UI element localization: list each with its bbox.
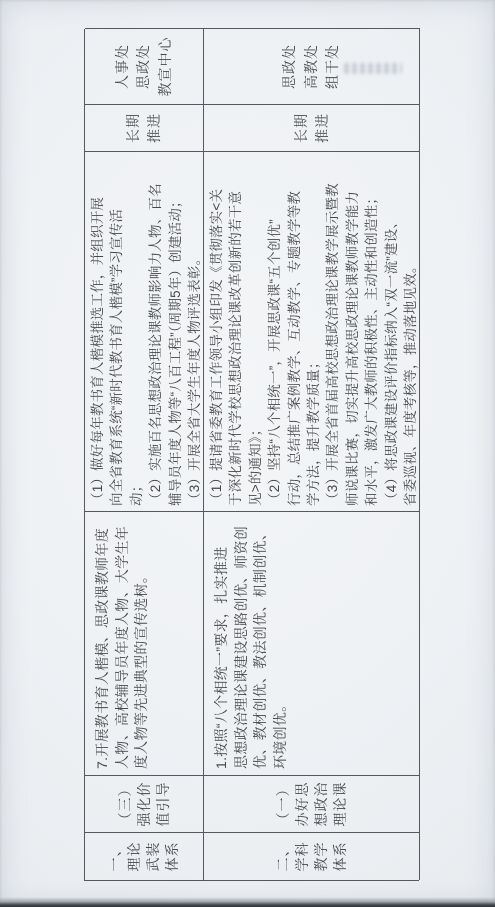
scan-edge-strip — [0, 897, 495, 907]
cell-row2-task: 1.按照“八个相统一”要求，扎实推进 思想政治理论课建设思路创优、师资创 优、教… — [204, 511, 420, 775]
cell-row2-schedule: 长期 推进 — [204, 104, 420, 151]
cell-row1-category: （三） 强化价 值引导 — [85, 775, 204, 832]
cell-row2-measures: （1）提请省委教育工作领导小组印发《贯彻落实<关 于深化新时代学校思想政治理论课… — [204, 151, 420, 511]
cell-row1-measures: （1）做好每年教书育人楷模推选工作，并组织开展 向全省教育系统“新时代教书育人楷… — [85, 151, 204, 511]
cell-row1-task: 7.开展教书育人楷模、思政课教师年度 人物、高校辅导员年度人物、大学生年 度人物… — [85, 511, 204, 775]
cell-row2-system: 二、 学科 教学 体系 — [204, 832, 420, 880]
cell-row1-schedule: 长期 推进 — [85, 104, 204, 151]
rotated-table-wrapper: 一、 理论 武装 体系 （三） 强化价 值引导 7.开展教书育人楷模、思政课教师… — [84, 29, 419, 881]
work-plan-table: 一、 理论 武装 体系 （三） 强化价 值引导 7.开展教书育人楷模、思政课教师… — [84, 29, 419, 881]
scanned-document-page: 一、 理论 武装 体系 （三） 强化价 值引导 7.开展教书育人楷模、思政课教师… — [0, 0, 495, 907]
cell-row2-department: 思政处 高教处 组干处 — [204, 28, 420, 104]
cell-row1-system: 一、 理论 武装 体系 — [85, 832, 204, 880]
cell-row2-category: （一） 办好思 想政治 理论课 — [204, 775, 420, 832]
cell-row1-department: 人事处 思政处 教宣中心 — [85, 28, 204, 104]
